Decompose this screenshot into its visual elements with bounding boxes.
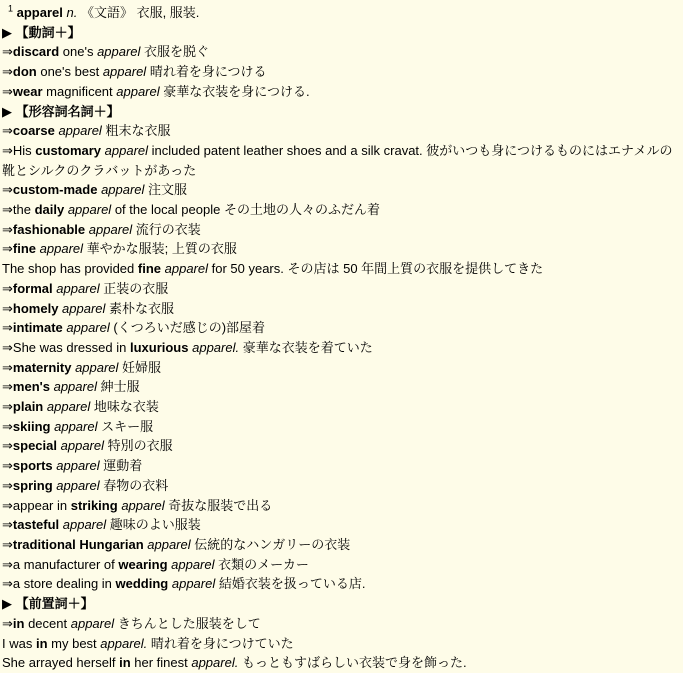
text-segment: ⇒appear in — [2, 498, 71, 513]
text-segment: apparel — [56, 458, 99, 473]
text-segment: apparel. — [192, 340, 239, 355]
example-line: ⇒spring apparel 春物の衣料 — [2, 476, 681, 496]
text-segment: ▶ 【前置詞＋】 — [2, 596, 94, 611]
example-line: ⇒sports apparel 運動着 — [2, 456, 681, 476]
text-segment: special — [13, 438, 57, 453]
text-segment: きちんとした服装をして — [114, 616, 261, 631]
text-segment: ⇒ — [2, 123, 13, 138]
example-line: The shop has provided fine apparel for 5… — [2, 259, 681, 279]
text-segment: ⇒ — [2, 64, 13, 79]
text-segment: in — [36, 636, 48, 651]
text-segment: apparel — [121, 498, 164, 513]
example-line: I was in my best apparel. 晴れ着を身につけていた — [2, 634, 681, 654]
text-segment: striking — [71, 498, 118, 513]
dictionary-entry: 1 apparel n. 《文語》 衣服, 服装.▶ 【動詞＋】⇒discard… — [0, 0, 683, 673]
text-segment: apparel — [62, 301, 105, 316]
text-segment: customary — [35, 143, 101, 158]
text-segment: ⇒a manufacturer of — [2, 557, 118, 572]
text-segment: intimate — [13, 320, 63, 335]
text-segment: wearing — [118, 557, 167, 572]
text-segment: apparel — [89, 222, 132, 237]
text-segment: ⇒a store dealing in — [2, 576, 116, 591]
text-segment: apparel — [56, 281, 99, 296]
text-segment: 特別の衣服 — [104, 438, 173, 453]
example-line: ⇒discard one's apparel 衣服を脱ぐ — [2, 42, 681, 62]
text-segment: apparel — [63, 517, 106, 532]
text-segment: traditional Hungarian — [13, 537, 144, 552]
text-segment: apparel — [66, 320, 109, 335]
example-line: ⇒a store dealing in wedding apparel 結婚衣装… — [2, 574, 681, 594]
text-segment: daily — [35, 202, 65, 217]
example-line: ⇒plain apparel 地味な衣装 — [2, 397, 681, 417]
example-line: ⇒special apparel 特別の衣服 — [2, 436, 681, 456]
text-segment: for 50 years. その店は 50 年間上質の衣服を提供してきた — [208, 261, 543, 276]
text-segment: decent — [24, 616, 70, 631]
text-segment: ⇒the — [2, 202, 35, 217]
text-segment: tasteful — [13, 517, 59, 532]
text-segment: ▶ 【動詞＋】 — [2, 25, 81, 40]
text-segment: apparel — [40, 241, 83, 256]
text-segment: discard — [13, 44, 59, 59]
text-segment: ⇒ — [2, 281, 13, 296]
text-segment: 注文服 — [144, 182, 187, 197]
text-segment: wedding — [116, 576, 169, 591]
text-segment: apparel — [54, 379, 97, 394]
text-segment: ⇒ — [2, 517, 13, 532]
text-segment: ⇒ — [2, 44, 13, 59]
text-segment: 豪華な衣装を着ていた — [239, 340, 373, 355]
text-segment: wear — [13, 84, 43, 99]
text-segment: apparel. — [191, 655, 238, 670]
text-segment: apparel — [116, 84, 159, 99]
example-line: ⇒coarse apparel 粗末な衣服 — [2, 121, 681, 141]
text-segment: 華やかな服装; 上質の衣服 — [83, 241, 237, 256]
text-segment: apparel — [61, 438, 104, 453]
text-segment: apparel — [171, 557, 214, 572]
text-segment: apparel — [17, 5, 63, 20]
example-line: She arrayed herself in her finest appare… — [2, 653, 681, 673]
example-line: ⇒His customary apparel included patent l… — [2, 141, 681, 180]
text-segment: ⇒ — [2, 537, 13, 552]
text-segment: apparel — [54, 419, 97, 434]
text-segment: 豪華な衣装を身につける. — [160, 84, 310, 99]
text-segment: apparel. — [100, 636, 147, 651]
text-segment: apparel — [165, 261, 208, 276]
text-segment: ⇒ — [2, 438, 13, 453]
example-line: ⇒tasteful apparel 趣味のよい服装 — [2, 515, 681, 535]
text-segment: (くつろいだ感じの)部屋着 — [110, 320, 265, 335]
example-line: ⇒formal apparel 正装の衣服 — [2, 279, 681, 299]
example-line: ⇒fine apparel 華やかな服装; 上質の衣服 — [2, 239, 681, 259]
text-segment: ⇒ — [2, 182, 13, 197]
text-segment: 衣服を脱ぐ — [140, 44, 209, 59]
text-segment: 流行の衣装 — [132, 222, 201, 237]
text-segment: apparel — [97, 44, 140, 59]
text-segment: 地味な衣装 — [90, 399, 159, 414]
example-line: ⇒custom-made apparel 注文服 — [2, 180, 681, 200]
text-segment: The shop has provided — [2, 261, 138, 276]
example-line: ⇒don one's best apparel 晴れ着を身につける — [2, 62, 681, 82]
text-segment: ⇒ — [2, 616, 13, 631]
text-segment: 運動着 — [100, 458, 143, 473]
text-segment: ⇒ — [2, 301, 13, 316]
text-segment: スキー服 — [97, 419, 153, 434]
text-segment: ⇒ — [2, 84, 13, 99]
example-line: ⇒maternity apparel 妊婦服 — [2, 358, 681, 378]
example-line: ⇒wear magnificent apparel 豪華な衣装を身につける. — [2, 82, 681, 102]
text-segment: apparel — [147, 537, 190, 552]
text-segment: apparel — [56, 478, 99, 493]
example-line: ⇒traditional Hungarian apparel 伝統的なハンガリー… — [2, 535, 681, 555]
section-header-line: ▶ 【前置詞＋】 — [2, 594, 681, 614]
text-segment: 粗末な衣服 — [102, 123, 171, 138]
text-segment: spring — [13, 478, 53, 493]
example-line: ⇒men's apparel 紳士服 — [2, 377, 681, 397]
text-segment: 晴れ着を身につける — [146, 64, 266, 79]
text-segment: ⇒ — [2, 222, 13, 237]
text-segment: apparel — [172, 576, 215, 591]
example-line: ⇒fashionable apparel 流行の衣装 — [2, 220, 681, 240]
text-segment: 春物の衣料 — [100, 478, 169, 493]
example-line: ⇒in decent apparel きちんとした服装をして — [2, 614, 681, 634]
section-header-line: ▶ 【動詞＋】 — [2, 23, 681, 43]
text-segment: ⇒ — [2, 241, 13, 256]
text-segment: apparel — [105, 143, 148, 158]
text-segment: fine — [138, 261, 161, 276]
text-segment: 結婚衣装を扱っている店. — [215, 576, 365, 591]
text-segment: ⇒ — [2, 360, 13, 375]
text-segment: of the local people その土地の人々のふだん着 — [111, 202, 380, 217]
text-segment: magnificent — [43, 84, 117, 99]
text-segment: apparel — [71, 616, 114, 631]
text-segment: fine — [13, 241, 36, 256]
text-segment: custom-made — [13, 182, 98, 197]
text-segment: 素朴な衣服 — [105, 301, 174, 316]
text-segment: ⇒ — [2, 419, 13, 434]
text-segment: in — [119, 655, 131, 670]
text-segment: her finest — [131, 655, 192, 670]
text-segment: 《文語》 衣服, 服装. — [77, 5, 199, 20]
text-segment: apparel — [103, 64, 146, 79]
text-segment: apparel — [68, 202, 111, 217]
text-segment: ⇒ — [2, 478, 13, 493]
text-segment: one's best — [37, 64, 103, 79]
text-segment: men's — [13, 379, 50, 394]
text-segment: coarse — [13, 123, 55, 138]
text-segment: one's — [59, 44, 97, 59]
text-segment: ⇒She was dressed in — [2, 340, 130, 355]
text-segment: 正装の衣服 — [100, 281, 169, 296]
example-line: ⇒a manufacturer of wearing apparel 衣類のメー… — [2, 555, 681, 575]
text-segment: 紳士服 — [97, 379, 140, 394]
text-segment: 奇抜な服装で出る — [165, 498, 273, 513]
text-segment: fashionable — [13, 222, 85, 237]
text-segment: formal — [13, 281, 53, 296]
text-segment: apparel — [101, 182, 144, 197]
example-line: ⇒skiing apparel スキー服 — [2, 417, 681, 437]
text-segment: n. — [67, 5, 78, 20]
text-segment: もっともすばらしい衣装で身を飾った. — [238, 655, 466, 670]
text-segment: She arrayed herself — [2, 655, 119, 670]
text-segment: apparel — [58, 123, 101, 138]
text-segment: maternity — [13, 360, 72, 375]
text-segment: 趣味のよい服装 — [106, 517, 201, 532]
example-line: ⇒homely apparel 素朴な衣服 — [2, 299, 681, 319]
section-header-line: ▶ 【形容詞名詞＋】 — [2, 102, 681, 122]
text-segment: ⇒ — [2, 458, 13, 473]
text-segment: 妊婦服 — [118, 360, 161, 375]
text-segment: 伝統的なハンガリーの衣装 — [191, 537, 351, 552]
text-segment: luxurious — [130, 340, 189, 355]
text-segment: 晴れ着を身につけていた — [147, 636, 293, 651]
example-line: ⇒appear in striking apparel 奇抜な服装で出る — [2, 496, 681, 516]
text-segment: plain — [13, 399, 43, 414]
text-segment: 衣類のメーカー — [215, 557, 309, 572]
text-segment: apparel — [47, 399, 90, 414]
example-line: ⇒intimate apparel (くつろいだ感じの)部屋着 — [2, 318, 681, 338]
text-segment: sports — [13, 458, 53, 473]
text-segment: ⇒His — [2, 143, 35, 158]
text-segment: don — [13, 64, 37, 79]
text-segment: ▶ 【形容詞名詞＋】 — [2, 104, 120, 119]
example-line: ⇒the daily apparel of the local people そ… — [2, 200, 681, 220]
text-segment: ⇒ — [2, 379, 13, 394]
headword-line: 1 apparel n. 《文語》 衣服, 服装. — [2, 3, 681, 23]
text-segment: ⇒ — [2, 320, 13, 335]
text-segment: homely — [13, 301, 59, 316]
text-segment: ⇒ — [2, 399, 13, 414]
text-segment: apparel — [75, 360, 118, 375]
example-line: ⇒She was dressed in luxurious apparel. 豪… — [2, 338, 681, 358]
text-segment: skiing — [13, 419, 51, 434]
text-segment: in — [13, 616, 25, 631]
text-segment: I was — [2, 636, 36, 651]
text-segment: my best — [48, 636, 101, 651]
